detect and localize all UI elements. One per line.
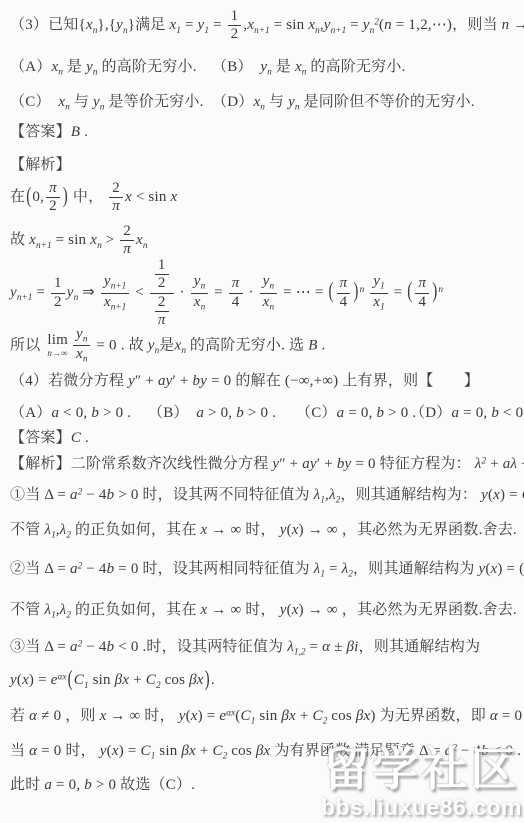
q4-option-c: （C）a = 0, b > 0 .	[296, 404, 416, 424]
q3-option-b: （B） yn 是 xn 的高阶无穷小.	[212, 58, 406, 79]
q3-answer: 【答案】B .	[10, 123, 88, 143]
watermark-logo-text: 留学社区	[321, 745, 522, 793]
q4-option-d: （D）a = 0, b < 0 .	[410, 404, 524, 424]
watermark: 留学社区 bbs.liuxue86.com	[321, 745, 524, 823]
q3-analysis-step-1: 在(0,π2) 中， 2πx < sin x	[10, 180, 177, 216]
q4-case1-note: 不管 λ1,λ2 的正负如何，其在 x → ∞ 时， y(x) → ∞ ，其必然…	[10, 521, 517, 542]
watermark-site-url: bbs.liuxue86.com	[321, 794, 522, 821]
q4-case3: ③当 Δ = a2 − 4b < 0 .时，设其两特征值为 λ1,2 = α ±…	[10, 638, 480, 659]
q4-alpha-nonzero: 若 α ≠ 0 ，则 x → ∞ 时， y(x) = eαx(C1 sin βx…	[10, 707, 522, 728]
q4-case2: ②当 Δ = a2 − 4b = 0 时，设其两相同特征值为 λ1 = λ2，则…	[10, 560, 524, 581]
q4-case1: ①当 Δ = a2 − 4b > 0 时，设其两不同特征值为 λ1,λ2，则其通…	[10, 486, 524, 507]
document-page: （3）已知{xn},{yn}满足 x1 = y1 = 12,xn+1 = sin…	[0, 0, 524, 823]
q4-statement: （4）若微分方程 y″ + ay′ + by = 0 的解在 (−∞,+∞) 上…	[10, 372, 479, 392]
q4-case2-note: 不管 λ1,λ2 的正负如何，其在 x → ∞ 时， y(x) → ∞ ，其必然…	[10, 601, 517, 622]
q4-conclusion: 此时 a = 0, b > 0 故选（C）.	[10, 776, 195, 796]
q3-option-a: （A）xn 是 yn 的高阶无穷小.	[10, 58, 197, 79]
q3-conclusion: 所以 limn→∞ynxn = 0 . 故 yn是xn 的高阶无穷小. 选 B …	[10, 326, 325, 366]
q4-option-b: （B） a > 0, b > 0 .	[148, 404, 276, 424]
q3-analysis-label: 【解析】	[10, 156, 71, 176]
q3-analysis-step-2: 故 xn+1 = sin xn > 2πxn	[10, 223, 148, 259]
q3-option-d: （D）xn 与 yn 是同阶但不等价的无穷小.	[212, 93, 475, 114]
q3-analysis-step-3: yn+1 = 12yn ⇒ yn+1xn+1 < 122π · ynxn = π…	[10, 257, 443, 329]
q4-option-a: （A）a < 0, b > 0 .	[10, 404, 131, 424]
q3-option-c: （C） xn 与 yn 是等价无穷小.	[10, 93, 204, 114]
q3-statement: （3）已知{xn},{yn}满足 x1 = y1 = 12,xn+1 = sin…	[10, 8, 524, 44]
q4-analysis-intro: 【解析】二阶常系数齐次线性微分方程 y″ + ay′ + by = 0 特征方程…	[10, 455, 524, 475]
q4-answer: 【答案】C .	[10, 429, 89, 449]
q4-case3-formula: y(x) = eαx(C1 sin βx + C2 cos βx).	[10, 671, 215, 692]
